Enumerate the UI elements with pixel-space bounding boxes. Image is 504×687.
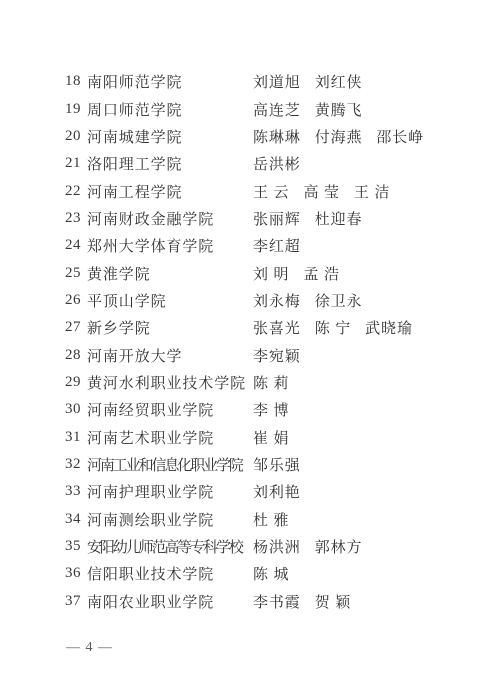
person-names: 高连芝黄腾飞 bbox=[253, 99, 362, 120]
school-name: 新乡学院 bbox=[87, 317, 253, 338]
person-name: 李书霞 bbox=[253, 591, 301, 612]
school-name: 河南测绘职业学院 bbox=[87, 509, 253, 530]
person-name: 郭林方 bbox=[315, 536, 363, 557]
school-name: 周口师范学院 bbox=[87, 99, 253, 120]
list-item: 27新乡学院张喜光陈 宁武晓瑜 bbox=[0, 314, 504, 341]
person-names: 刘利艳 bbox=[253, 481, 301, 502]
school-name: 河南财政金融学院 bbox=[87, 208, 253, 229]
row-number: 25 bbox=[65, 265, 87, 282]
person-name: 李宛颖 bbox=[253, 345, 301, 366]
person-name: 刘 明 bbox=[253, 263, 289, 284]
row-number: 28 bbox=[65, 347, 87, 364]
list-item: 29黄河水利职业技术学院陈 莉 bbox=[0, 369, 504, 396]
list-item: 33河南护理职业学院刘利艳 bbox=[0, 478, 504, 505]
person-name: 陈 城 bbox=[253, 563, 289, 584]
list-item: 22河南工程学院王 云高 莹王 洁 bbox=[0, 177, 504, 204]
person-name: 张丽辉 bbox=[253, 208, 301, 229]
person-names: 张丽辉杜迎春 bbox=[253, 208, 362, 229]
list-item: 37南阳农业职业学院李书霞贺 颖 bbox=[0, 588, 504, 615]
list-item: 36信阳职业技术学院陈 城 bbox=[0, 560, 504, 587]
row-number: 30 bbox=[65, 401, 87, 418]
row-number: 34 bbox=[65, 511, 87, 528]
school-delegate-list: 18南阳师范学院刘道旭刘红侠19周口师范学院高连芝黄腾飞20河南城建学院陈琳琳付… bbox=[0, 68, 504, 615]
list-item: 23河南财政金融学院张丽辉杜迎春 bbox=[0, 205, 504, 232]
school-name: 南阳师范学院 bbox=[87, 71, 253, 92]
school-name: 信阳职业技术学院 bbox=[87, 563, 253, 584]
school-name: 郑州大学体育学院 bbox=[87, 235, 253, 256]
school-name: 洛阳理工学院 bbox=[87, 153, 253, 174]
school-name: 平顶山学院 bbox=[87, 290, 253, 311]
row-number: 21 bbox=[65, 155, 87, 172]
school-name: 河南工业和信息化职业学院 bbox=[87, 454, 253, 475]
person-name: 王 云 bbox=[253, 181, 289, 202]
person-names: 陈琳琳付海燕邵长峥 bbox=[253, 126, 424, 147]
school-name: 安阳幼儿师范高等专科学校 bbox=[87, 536, 253, 557]
person-names: 李红超 bbox=[253, 235, 301, 256]
list-item: 21洛阳理工学院岳洪彬 bbox=[0, 150, 504, 177]
person-name: 杜迎春 bbox=[315, 208, 363, 229]
person-name: 刘红侠 bbox=[315, 71, 363, 92]
person-names: 杨洪洲郭林方 bbox=[253, 536, 362, 557]
person-name: 李红超 bbox=[253, 235, 301, 256]
person-names: 张喜光陈 宁武晓瑜 bbox=[253, 317, 413, 338]
school-name: 河南经贸职业学院 bbox=[87, 399, 253, 420]
person-name: 张喜光 bbox=[253, 317, 301, 338]
person-name: 李 博 bbox=[253, 399, 289, 420]
row-number: 24 bbox=[65, 237, 87, 254]
row-number: 26 bbox=[65, 292, 87, 309]
row-number: 22 bbox=[65, 183, 87, 200]
person-name: 邹乐强 bbox=[253, 454, 301, 475]
row-number: 27 bbox=[65, 319, 87, 336]
page-number: — 4 — bbox=[66, 640, 113, 656]
person-names: 邹乐强 bbox=[253, 454, 301, 475]
list-item: 31河南艺术职业学院崔 娟 bbox=[0, 423, 504, 450]
person-names: 刘道旭刘红侠 bbox=[253, 71, 362, 92]
row-number: 20 bbox=[65, 128, 87, 145]
person-name: 高 莹 bbox=[303, 181, 339, 202]
person-name: 邵长峥 bbox=[376, 126, 424, 147]
person-name: 陈 宁 bbox=[315, 317, 351, 338]
list-item: 20河南城建学院陈琳琳付海燕邵长峥 bbox=[0, 123, 504, 150]
row-number: 36 bbox=[65, 565, 87, 582]
person-name: 武晓瑜 bbox=[365, 317, 413, 338]
person-names: 陈 莉 bbox=[253, 372, 289, 393]
row-number: 29 bbox=[65, 374, 87, 391]
person-name: 付海燕 bbox=[315, 126, 363, 147]
list-item: 28河南开放大学李宛颖 bbox=[0, 341, 504, 368]
school-name: 河南开放大学 bbox=[87, 345, 253, 366]
school-name: 河南艺术职业学院 bbox=[87, 427, 253, 448]
person-name: 黄腾飞 bbox=[315, 99, 363, 120]
list-item: 30河南经贸职业学院李 博 bbox=[0, 396, 504, 423]
school-name: 河南城建学院 bbox=[87, 126, 253, 147]
person-name: 王 洁 bbox=[354, 181, 390, 202]
row-number: 37 bbox=[65, 593, 87, 610]
list-item: 18南阳师范学院刘道旭刘红侠 bbox=[0, 68, 504, 95]
row-number: 18 bbox=[65, 73, 87, 90]
person-names: 李书霞贺 颖 bbox=[253, 591, 351, 612]
person-names: 刘永梅徐卫永 bbox=[253, 290, 362, 311]
person-names: 崔 娟 bbox=[253, 427, 289, 448]
person-name: 陈琳琳 bbox=[253, 126, 301, 147]
row-number: 31 bbox=[65, 429, 87, 446]
school-name: 黄河水利职业技术学院 bbox=[87, 372, 253, 393]
row-number: 33 bbox=[65, 483, 87, 500]
list-item: 34河南测绘职业学院杜 雅 bbox=[0, 506, 504, 533]
person-name: 孟 浩 bbox=[303, 263, 339, 284]
person-names: 李 博 bbox=[253, 399, 289, 420]
person-name: 刘道旭 bbox=[253, 71, 301, 92]
list-item: 26平顶山学院刘永梅徐卫永 bbox=[0, 287, 504, 314]
person-names: 杜 雅 bbox=[253, 509, 289, 530]
school-name: 河南工程学院 bbox=[87, 181, 253, 202]
row-number: 19 bbox=[65, 101, 87, 118]
person-names: 陈 城 bbox=[253, 563, 289, 584]
row-number: 32 bbox=[65, 456, 87, 473]
person-name: 徐卫永 bbox=[315, 290, 363, 311]
person-names: 刘 明孟 浩 bbox=[253, 263, 340, 284]
person-name: 陈 莉 bbox=[253, 372, 289, 393]
school-name: 南阳农业职业学院 bbox=[87, 591, 253, 612]
list-item: 19周口师范学院高连芝黄腾飞 bbox=[0, 95, 504, 122]
person-name: 刘永梅 bbox=[253, 290, 301, 311]
list-item: 35安阳幼儿师范高等专科学校杨洪洲郭林方 bbox=[0, 533, 504, 560]
school-name: 河南护理职业学院 bbox=[87, 481, 253, 502]
row-number: 35 bbox=[65, 538, 87, 555]
school-name: 黄淮学院 bbox=[87, 263, 253, 284]
person-names: 李宛颖 bbox=[253, 345, 301, 366]
list-item: 25黄淮学院刘 明孟 浩 bbox=[0, 259, 504, 286]
person-name: 刘利艳 bbox=[253, 481, 301, 502]
person-name: 杨洪洲 bbox=[253, 536, 301, 557]
document-page: 18南阳师范学院刘道旭刘红侠19周口师范学院高连芝黄腾飞20河南城建学院陈琳琳付… bbox=[0, 0, 504, 687]
person-name: 岳洪彬 bbox=[253, 153, 301, 174]
person-name: 杜 雅 bbox=[253, 509, 289, 530]
person-name: 高连芝 bbox=[253, 99, 301, 120]
person-names: 王 云高 莹王 洁 bbox=[253, 181, 390, 202]
person-name: 贺 颖 bbox=[315, 591, 351, 612]
person-names: 岳洪彬 bbox=[253, 153, 301, 174]
person-name: 崔 娟 bbox=[253, 427, 289, 448]
list-item: 32河南工业和信息化职业学院邹乐强 bbox=[0, 451, 504, 478]
list-item: 24郑州大学体育学院李红超 bbox=[0, 232, 504, 259]
row-number: 23 bbox=[65, 210, 87, 227]
